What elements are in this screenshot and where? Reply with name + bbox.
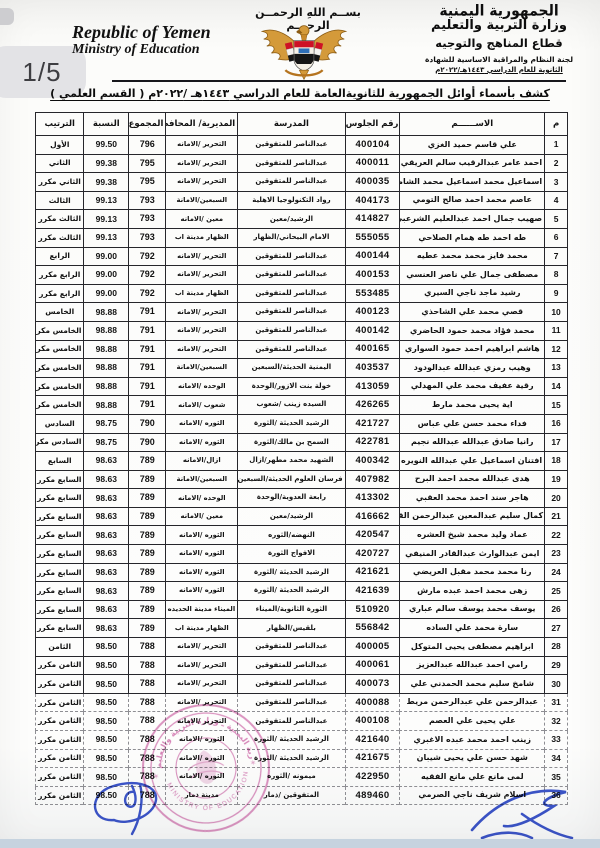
school-year-line-arabic: الثانوية للعام الدراسي ١٤٤٣هـ/٢٠٢٢م (406, 66, 592, 74)
cell-student-name: طه احمد طه همام الصلاحي (400, 228, 545, 247)
cell-rank: الثامن (36, 638, 84, 657)
header-row-number: م (545, 113, 568, 136)
cell-school: اليمنية الحديثة/السبعين (238, 359, 345, 378)
cell-school: الرشيد/معين (238, 210, 345, 229)
cell-row-number: 15 (545, 396, 568, 415)
emblem-wrap (248, 19, 360, 85)
cell-total: 791 (129, 340, 166, 359)
cell-percentage: 98.63 (84, 526, 129, 545)
cell-school: عبدالناصر للمتفوقين (238, 173, 345, 192)
cell-school: الافواج الثورة (238, 545, 345, 564)
cell-total: 793 (129, 191, 166, 210)
cell-seat-number: 400165 (345, 340, 400, 359)
cell-rank: السابع مكرر (36, 470, 84, 489)
cell-school: الرشيد/معين (238, 507, 345, 526)
cell-district: التحرير /الامانه (166, 675, 238, 694)
cell-percentage: 98.50 (84, 749, 129, 768)
cell-seat-number: 400123 (345, 303, 400, 322)
cell-district: الوحده /الامانه (166, 377, 238, 396)
cell-row-number: 12 (545, 340, 568, 359)
cell-row-number: 8 (545, 266, 568, 285)
cell-student-name: رانيا صادق عبدالله عبدالله نجيم (400, 433, 545, 452)
cell-seat-number: 400142 (345, 321, 400, 340)
cell-student-name: كمال سليم عبدالمعين عبدالرحمن القاضي (400, 507, 545, 526)
cell-district: الوحده /الامانه (166, 489, 238, 508)
cell-row-number: 34 (545, 749, 568, 768)
cell-district: الظهار مدينة اب (166, 228, 238, 247)
cell-school: الامام البيحاني/الظهار (238, 228, 345, 247)
cell-rank: السادس (36, 414, 84, 433)
country-name-arabic: الجمهورية اليمنية (406, 2, 592, 19)
cell-district: التحرير /الامانه (166, 656, 238, 675)
table-row: 24 رنا محمد محمد مقبل العريضي 421621 الر… (36, 563, 568, 582)
cell-total: 789 (129, 489, 166, 508)
cell-percentage: 99.00 (84, 247, 129, 266)
header-district-governorate: المديرية/ المحافظة (166, 113, 238, 136)
cell-student-name: عاصم محمد احمد صالح التومي (400, 191, 545, 210)
cell-district: الثوره /الامانه (166, 582, 238, 601)
stamp-star-right-icon: ✶ (249, 758, 257, 768)
cell-row-number: 6 (545, 228, 568, 247)
table-row: 6 طه احمد طه همام الصلاحي 555055 الامام … (36, 228, 568, 247)
table-row: 3 اسماعيل محمد اسماعيل محمد الشامي 40003… (36, 173, 568, 192)
page-indicator-label: 1/5 (22, 57, 61, 88)
cell-total: 792 (129, 266, 166, 285)
stamp-center-emblem-icon (194, 749, 218, 785)
letterhead-divider (112, 80, 566, 82)
table-row: 18 افتنان اسماعيل علي عبدالله النويره 40… (36, 452, 568, 471)
cell-district: الثوره /الامانه (166, 563, 238, 582)
table-row: 26 يوسف محمد يوسف سالم عباري 510920 الثو… (36, 600, 568, 619)
cell-total: 791 (129, 377, 166, 396)
table-row: 15 اية يحيى محمد مارط 426265 السيده زينب… (36, 396, 568, 415)
cell-row-number: 19 (545, 470, 568, 489)
cell-rank: السابع مكرر (36, 563, 84, 582)
cell-seat-number: 400144 (345, 247, 400, 266)
cell-row-number: 28 (545, 638, 568, 657)
cell-rank: الثامن مكرر (36, 656, 84, 675)
cell-district: الثوره /الامانه (166, 526, 238, 545)
cell-percentage: 99.38 (84, 173, 129, 192)
cell-row-number: 14 (545, 377, 568, 396)
cell-rank: السابع مكرر (36, 619, 84, 638)
cell-percentage: 98.63 (84, 507, 129, 526)
cell-rank: السادس مكرر (36, 433, 84, 452)
cell-student-name: ايمن عبدالوارث عبدالقادر المنيفي (400, 545, 545, 564)
cell-row-number: 27 (545, 619, 568, 638)
cell-student-name: اية يحيى محمد مارط (400, 396, 545, 415)
table-row: 10 قصي محمد علي الشاحذي 400123 عبدالناصر… (36, 303, 568, 322)
cell-row-number: 4 (545, 191, 568, 210)
cell-seat-number: 489460 (345, 786, 400, 805)
header-school: المدرسة (238, 113, 345, 136)
signature-right (466, 780, 578, 844)
cell-percentage: 98.63 (84, 600, 129, 619)
cell-student-name: هدى عبدالله محمد احمد البرح (400, 470, 545, 489)
table-row: 16 فداء محمد حسن علي عباس 421727 الرشيد … (36, 414, 568, 433)
cell-percentage: 98.63 (84, 489, 129, 508)
cell-rank: الثاني مكرر (36, 173, 84, 192)
cell-rank: الخامس مكرر (36, 340, 84, 359)
cell-percentage: 98.50 (84, 712, 129, 731)
cell-row-number: 31 (545, 693, 568, 712)
cell-student-name: علي قاسم حميد الغزي (400, 136, 545, 155)
cell-total: 789 (129, 545, 166, 564)
cell-rank: الثامن مكرر (36, 712, 84, 731)
cell-row-number: 18 (545, 452, 568, 471)
cell-row-number: 25 (545, 582, 568, 601)
cell-rank: السابع مكرر (36, 507, 84, 526)
cell-school: عبدالناصر للمتفوقين (238, 321, 345, 340)
cell-total: 789 (129, 470, 166, 489)
cell-percentage: 98.50 (84, 693, 129, 712)
cell-rank: الخامس مكرر (36, 321, 84, 340)
cell-row-number: 10 (545, 303, 568, 322)
cell-row-number: 30 (545, 675, 568, 694)
cell-district: التحرير /الامانه (166, 638, 238, 657)
cell-district: التحرير /الامانه (166, 303, 238, 322)
cell-total: 792 (129, 247, 166, 266)
table-row: 34 شهد حسن علي يحيى شيبان 421675 الرشيد … (36, 749, 568, 768)
cell-total: 788 (129, 675, 166, 694)
table-row: 13 وهيب رمزي عبدالله عبدالودود 403537 ال… (36, 359, 568, 378)
signature-left (80, 776, 180, 838)
cell-district: معين /الامانه (166, 210, 238, 229)
table-row: 9 رشيد ماجد ناجي السيري 553485 عبدالناصر… (36, 284, 568, 303)
photo-corner-artifact (0, 8, 14, 25)
table-row: 31 عبدالرحمن علي عبدالرحمن مريط 400088 ع… (36, 693, 568, 712)
cell-seat-number: 510920 (345, 600, 400, 619)
cell-row-number: 24 (545, 563, 568, 582)
cell-rank: الثامن مكرر (36, 786, 84, 805)
cell-student-name: هاجر سند احمد محمد العقبي (400, 489, 545, 508)
cell-student-name: ابراهيم مصطفى يحيى المتوكل (400, 638, 545, 657)
cell-percentage: 98.88 (84, 340, 129, 359)
cell-school: الرشيد الحديثة /الثورة (238, 563, 345, 582)
committee-line-arabic: لجنة النظام والمراقبة الاساسية للشهادة (406, 55, 592, 64)
table-row: 23 ايمن عبدالوارث عبدالقادر المنيفي 4207… (36, 545, 568, 564)
cell-student-name: علي يحيى علي العصم (400, 712, 545, 731)
cell-rank: الثامن مكرر (36, 768, 84, 787)
cell-school: فرسان العلوم الحديثة/السبعين٢ (238, 470, 345, 489)
cell-student-name: احمد عامر عبدالرقيب سالم العريقي (400, 154, 545, 173)
cell-rank: السابع مكرر (36, 582, 84, 601)
cell-district: التحرير /الامانه (166, 340, 238, 359)
photo-bottom-edge (0, 839, 600, 848)
cell-district: الميناء مدينة الحديده (166, 600, 238, 619)
cell-district: ازال/الامانه (166, 452, 238, 471)
cell-student-name: سارة محمد علي الساده (400, 619, 545, 638)
cell-rank: الخامس مكرر (36, 396, 84, 415)
cell-row-number: 9 (545, 284, 568, 303)
cell-percentage: 99.38 (84, 154, 129, 173)
table-row: 30 شامخ سليم محمد الحمدني علي 400073 عبد… (36, 675, 568, 694)
cell-percentage: 99.50 (84, 136, 129, 155)
cell-row-number: 33 (545, 731, 568, 750)
document-title: كشف بأسماء أوائل الجمهورية للثانويةالعام… (40, 87, 560, 100)
cell-seat-number: 403537 (345, 359, 400, 378)
cell-school: السمح بن مالك/الثورة (238, 433, 345, 452)
cell-row-number: 21 (545, 507, 568, 526)
cell-district: التحرير /الامانه (166, 247, 238, 266)
letterhead-arabic: الجمهورية اليمنية وزارة التربية والتعليم… (406, 3, 592, 74)
cell-rank: الرابع مكرر (36, 266, 84, 285)
top-students-table: م الاســــــم رقم الجلوس المدرسة المديري… (35, 112, 568, 805)
cell-percentage: 99.13 (84, 191, 129, 210)
cell-percentage: 98.63 (84, 470, 129, 489)
cell-school: عبدالناصر للمتفوقين (238, 247, 345, 266)
cell-seat-number: 413059 (345, 377, 400, 396)
cell-rank: الخامس (36, 303, 84, 322)
cell-percentage: 98.75 (84, 414, 129, 433)
cell-rank: الخامس مكرر (36, 377, 84, 396)
cell-row-number: 5 (545, 210, 568, 229)
cell-student-name: عبدالرحمن علي عبدالرحمن مريط (400, 693, 545, 712)
table-header-row: م الاســــــم رقم الجلوس المدرسة المديري… (36, 113, 568, 136)
cell-row-number: 23 (545, 545, 568, 564)
table-row: 4 عاصم محمد احمد صالح التومي 404173 رواد… (36, 191, 568, 210)
cell-rank: الخامس مكرر (36, 359, 84, 378)
table-row: 28 ابراهيم مصطفى يحيى المتوكل 400005 عبد… (36, 638, 568, 657)
cell-total: 793 (129, 228, 166, 247)
cell-student-name: زهى محمد احمد عبده مارش (400, 582, 545, 601)
cell-rank: السابع مكرر (36, 600, 84, 619)
cell-district: شعوب /الامانه (166, 396, 238, 415)
cell-student-name: اسماعيل محمد اسماعيل محمد الشامي (400, 173, 545, 192)
cell-rank: الثامن مكرر (36, 675, 84, 694)
cell-total: 789 (129, 507, 166, 526)
cell-seat-number: 400061 (345, 656, 400, 675)
cell-row-number: 22 (545, 526, 568, 545)
cell-rank: الأول (36, 136, 84, 155)
cell-percentage: 98.63 (84, 582, 129, 601)
cell-seat-number: 400088 (345, 693, 400, 712)
table-row: 27 سارة محمد علي الساده 556842 بلقيس/الظ… (36, 619, 568, 638)
cell-school: عبدالناصر للمتفوقين (238, 340, 345, 359)
ministry-name-arabic: وزارة التربية والتعليم (406, 18, 592, 33)
cell-seat-number: 426265 (345, 396, 400, 415)
cell-total: 791 (129, 321, 166, 340)
cell-student-name: محمد فايز محمد محمد عطيه (400, 247, 545, 266)
cell-district: الظهار مدينة اب (166, 284, 238, 303)
cell-district: السبعين/الامانة (166, 470, 238, 489)
cell-total: 796 (129, 136, 166, 155)
cell-school: عبدالناصر للمتفوقين (238, 303, 345, 322)
cell-school: رابعة العدوية/الوحدة (238, 489, 345, 508)
cell-rank: الثامن مكرر (36, 693, 84, 712)
cell-district: السبعين/الامانة (166, 359, 238, 378)
cell-seat-number: 400073 (345, 675, 400, 694)
table-row: 8 مصطفى جمال علي ناصر العنسي 400153 عبدا… (36, 266, 568, 285)
table-row: 22 عماد وليد محمد شيخ العشره 420547 النه… (36, 526, 568, 545)
cell-seat-number: 400104 (345, 136, 400, 155)
cell-district: التحرير /الامانه (166, 266, 238, 285)
table-row: 19 هدى عبدالله محمد احمد البرح 407982 فر… (36, 470, 568, 489)
cell-total: 791 (129, 396, 166, 415)
cell-rank: الثامن مكرر (36, 749, 84, 768)
table-row: 12 هاشم ابراهيم احمد حمود السواري 400165… (36, 340, 568, 359)
cell-total: 789 (129, 526, 166, 545)
cell-student-name: زينب احمد محمد عبده الاغبري (400, 731, 545, 750)
cell-seat-number: 400035 (345, 173, 400, 192)
table-row: 32 علي يحيى علي العصم 400108 عبدالناصر ل… (36, 712, 568, 731)
cell-total: 789 (129, 452, 166, 471)
cell-seat-number: 400153 (345, 266, 400, 285)
cell-district: التحرير /الامانه (166, 154, 238, 173)
cell-percentage: 98.88 (84, 396, 129, 415)
cell-seat-number: 400108 (345, 712, 400, 731)
cell-percentage: 98.63 (84, 563, 129, 582)
cell-student-name: عماد وليد محمد شيخ العشره (400, 526, 545, 545)
cell-student-name: قصي محمد علي الشاحذي (400, 303, 545, 322)
cell-student-name: افتنان اسماعيل علي عبدالله النويره (400, 452, 545, 471)
cell-district: الظهار مدينة اب (166, 619, 238, 638)
cell-school: خولة بنت الازور/الوحدة (238, 377, 345, 396)
cell-row-number: 29 (545, 656, 568, 675)
cell-percentage: 98.63 (84, 545, 129, 564)
cell-percentage: 99.00 (84, 284, 129, 303)
cell-student-name: شامخ سليم محمد الحمدني علي (400, 675, 545, 694)
cell-seat-number: 421675 (345, 749, 400, 768)
table-row: 1 علي قاسم حميد الغزي 400104 عبدالناصر ل… (36, 136, 568, 155)
cell-rank: الثالث (36, 191, 84, 210)
cell-percentage: 99.13 (84, 210, 129, 229)
cell-total: 792 (129, 284, 166, 303)
cell-rank: الثامن مكرر (36, 731, 84, 750)
cell-rank: الثاني (36, 154, 84, 173)
cell-total: 789 (129, 563, 166, 582)
cell-percentage: 98.50 (84, 638, 129, 657)
cell-district: التحرير /الامانه (166, 321, 238, 340)
ministry-name-english: Ministry of Education (72, 42, 272, 58)
cell-district: الثوره /الامانه (166, 433, 238, 452)
cell-district: الثوره /الامانه (166, 545, 238, 564)
table-row: 5 صهيب جمال احمد عبدالعليم الشرعبي 41482… (36, 210, 568, 229)
cell-rank: الرابع مكرر (36, 284, 84, 303)
cell-student-name: صهيب جمال احمد عبدالعليم الشرعبي (400, 210, 545, 229)
cell-seat-number: 422781 (345, 433, 400, 452)
cell-total: 789 (129, 600, 166, 619)
cell-rank: الثالث مكرر (36, 228, 84, 247)
cell-rank: السابع (36, 452, 84, 471)
cell-percentage: 98.88 (84, 377, 129, 396)
cell-total: 788 (129, 638, 166, 657)
cell-rank: الرابع (36, 247, 84, 266)
cell-seat-number: 420727 (345, 545, 400, 564)
cell-percentage: 98.50 (84, 656, 129, 675)
cell-seat-number: 400005 (345, 638, 400, 657)
results-table-body: 1 علي قاسم حميد الغزي 400104 عبدالناصر ل… (36, 136, 568, 805)
cell-row-number: 2 (545, 154, 568, 173)
cell-total: 790 (129, 433, 166, 452)
cell-school: بلقيس/الظهار (238, 619, 345, 638)
table-row: 2 احمد عامر عبدالرقيب سالم العريقي 40001… (36, 154, 568, 173)
cell-student-name: رشيد ماجد ناجي السيري (400, 284, 545, 303)
cell-total: 791 (129, 303, 166, 322)
cell-seat-number: 553485 (345, 284, 400, 303)
cell-student-name: رقية عفيف محمد علي المهدلي (400, 377, 545, 396)
cell-total: 793 (129, 210, 166, 229)
table-row: 33 زينب احمد محمد عبده الاغبري 421640 ال… (36, 731, 568, 750)
cell-total: 788 (129, 656, 166, 675)
cell-row-number: 7 (545, 247, 568, 266)
cell-school: الرشيد الحديثة /الثورة (238, 414, 345, 433)
cell-percentage: 98.50 (84, 731, 129, 750)
cell-row-number: 3 (545, 173, 568, 192)
cell-percentage: 98.50 (84, 675, 129, 694)
cell-row-number: 16 (545, 414, 568, 433)
cell-district: الثوره /الامانه (166, 414, 238, 433)
table-row: 21 كمال سليم عبدالمعين عبدالرحمن القاضي … (36, 507, 568, 526)
cell-row-number: 32 (545, 712, 568, 731)
cell-district: التحرير /الامانه (166, 173, 238, 192)
cell-student-name: هاشم ابراهيم احمد حمود السواري (400, 340, 545, 359)
sector-name-arabic: قطاع المناهج والتوجيه (406, 36, 592, 50)
cell-school: السيده زينب /شعوب (238, 396, 345, 415)
header-seat-number: رقم الجلوس (345, 113, 400, 136)
cell-percentage: 99.00 (84, 266, 129, 285)
cell-seat-number: 404173 (345, 191, 400, 210)
cell-row-number: 26 (545, 600, 568, 619)
cell-rank: السابع مكرر (36, 526, 84, 545)
cell-student-name: رنا محمد محمد مقبل العريضي (400, 563, 545, 582)
cell-total: 789 (129, 582, 166, 601)
cell-student-name: يوسف محمد يوسف سالم عباري (400, 600, 545, 619)
cell-school: الشهيد محمد مطهر/ازال (238, 452, 345, 471)
table-row: 7 محمد فايز محمد محمد عطيه 400144 عبدالن… (36, 247, 568, 266)
cell-total: 795 (129, 173, 166, 192)
header-total: المجموع (129, 113, 166, 136)
cell-school: عبدالناصر للمتفوقين (238, 136, 345, 155)
cell-district: التحرير /الامانه (166, 136, 238, 155)
cell-seat-number: 414827 (345, 210, 400, 229)
cell-district: السبعين/الامانة (166, 191, 238, 210)
header-percentage: النسبة (84, 113, 129, 136)
cell-school: الثورة الثانوية/الميناء (238, 600, 345, 619)
cell-district: معين /الامانه (166, 507, 238, 526)
cell-seat-number: 421639 (345, 582, 400, 601)
cell-row-number: 20 (545, 489, 568, 508)
table-row: 17 رانيا صادق عبدالله عبدالله نجيم 42278… (36, 433, 568, 452)
cell-school: رواد التكنولوجيا الاهلية (238, 191, 345, 210)
cell-seat-number: 556842 (345, 619, 400, 638)
cell-seat-number: 555055 (345, 228, 400, 247)
cell-row-number: 17 (545, 433, 568, 452)
cell-percentage: 99.13 (84, 228, 129, 247)
cell-student-name: محمد فؤاد محمد حمود الحاضري (400, 321, 545, 340)
cell-school: النهضه/الثوره (238, 526, 345, 545)
header-student-name: الاســــــم (400, 113, 545, 136)
cell-row-number: 1 (545, 136, 568, 155)
cell-percentage: 98.88 (84, 321, 129, 340)
cell-seat-number: 421727 (345, 414, 400, 433)
table-row: 14 رقية عفيف محمد علي المهدلي 413059 خول… (36, 377, 568, 396)
cell-student-name: وهيب رمزي عبدالله عبدالودود (400, 359, 545, 378)
cell-school: عبدالناصر للمتفوقين (238, 154, 345, 173)
cell-seat-number: 422950 (345, 768, 400, 787)
cell-school: عبدالناصر للمتفوقين (238, 266, 345, 285)
cell-percentage: 98.63 (84, 452, 129, 471)
table-row: 29 رامي احمد عبدالله عبدالعزيز 400061 عب… (36, 656, 568, 675)
cell-rank: الثالث مكرر (36, 210, 84, 229)
cell-school: الرشيد الحديثة /الثورة (238, 582, 345, 601)
cell-total: 789 (129, 619, 166, 638)
cell-seat-number: 421640 (345, 731, 400, 750)
cell-seat-number: 421621 (345, 563, 400, 582)
cell-total: 790 (129, 414, 166, 433)
yemen-coat-of-arms-icon (250, 19, 358, 81)
cell-percentage: 98.63 (84, 619, 129, 638)
